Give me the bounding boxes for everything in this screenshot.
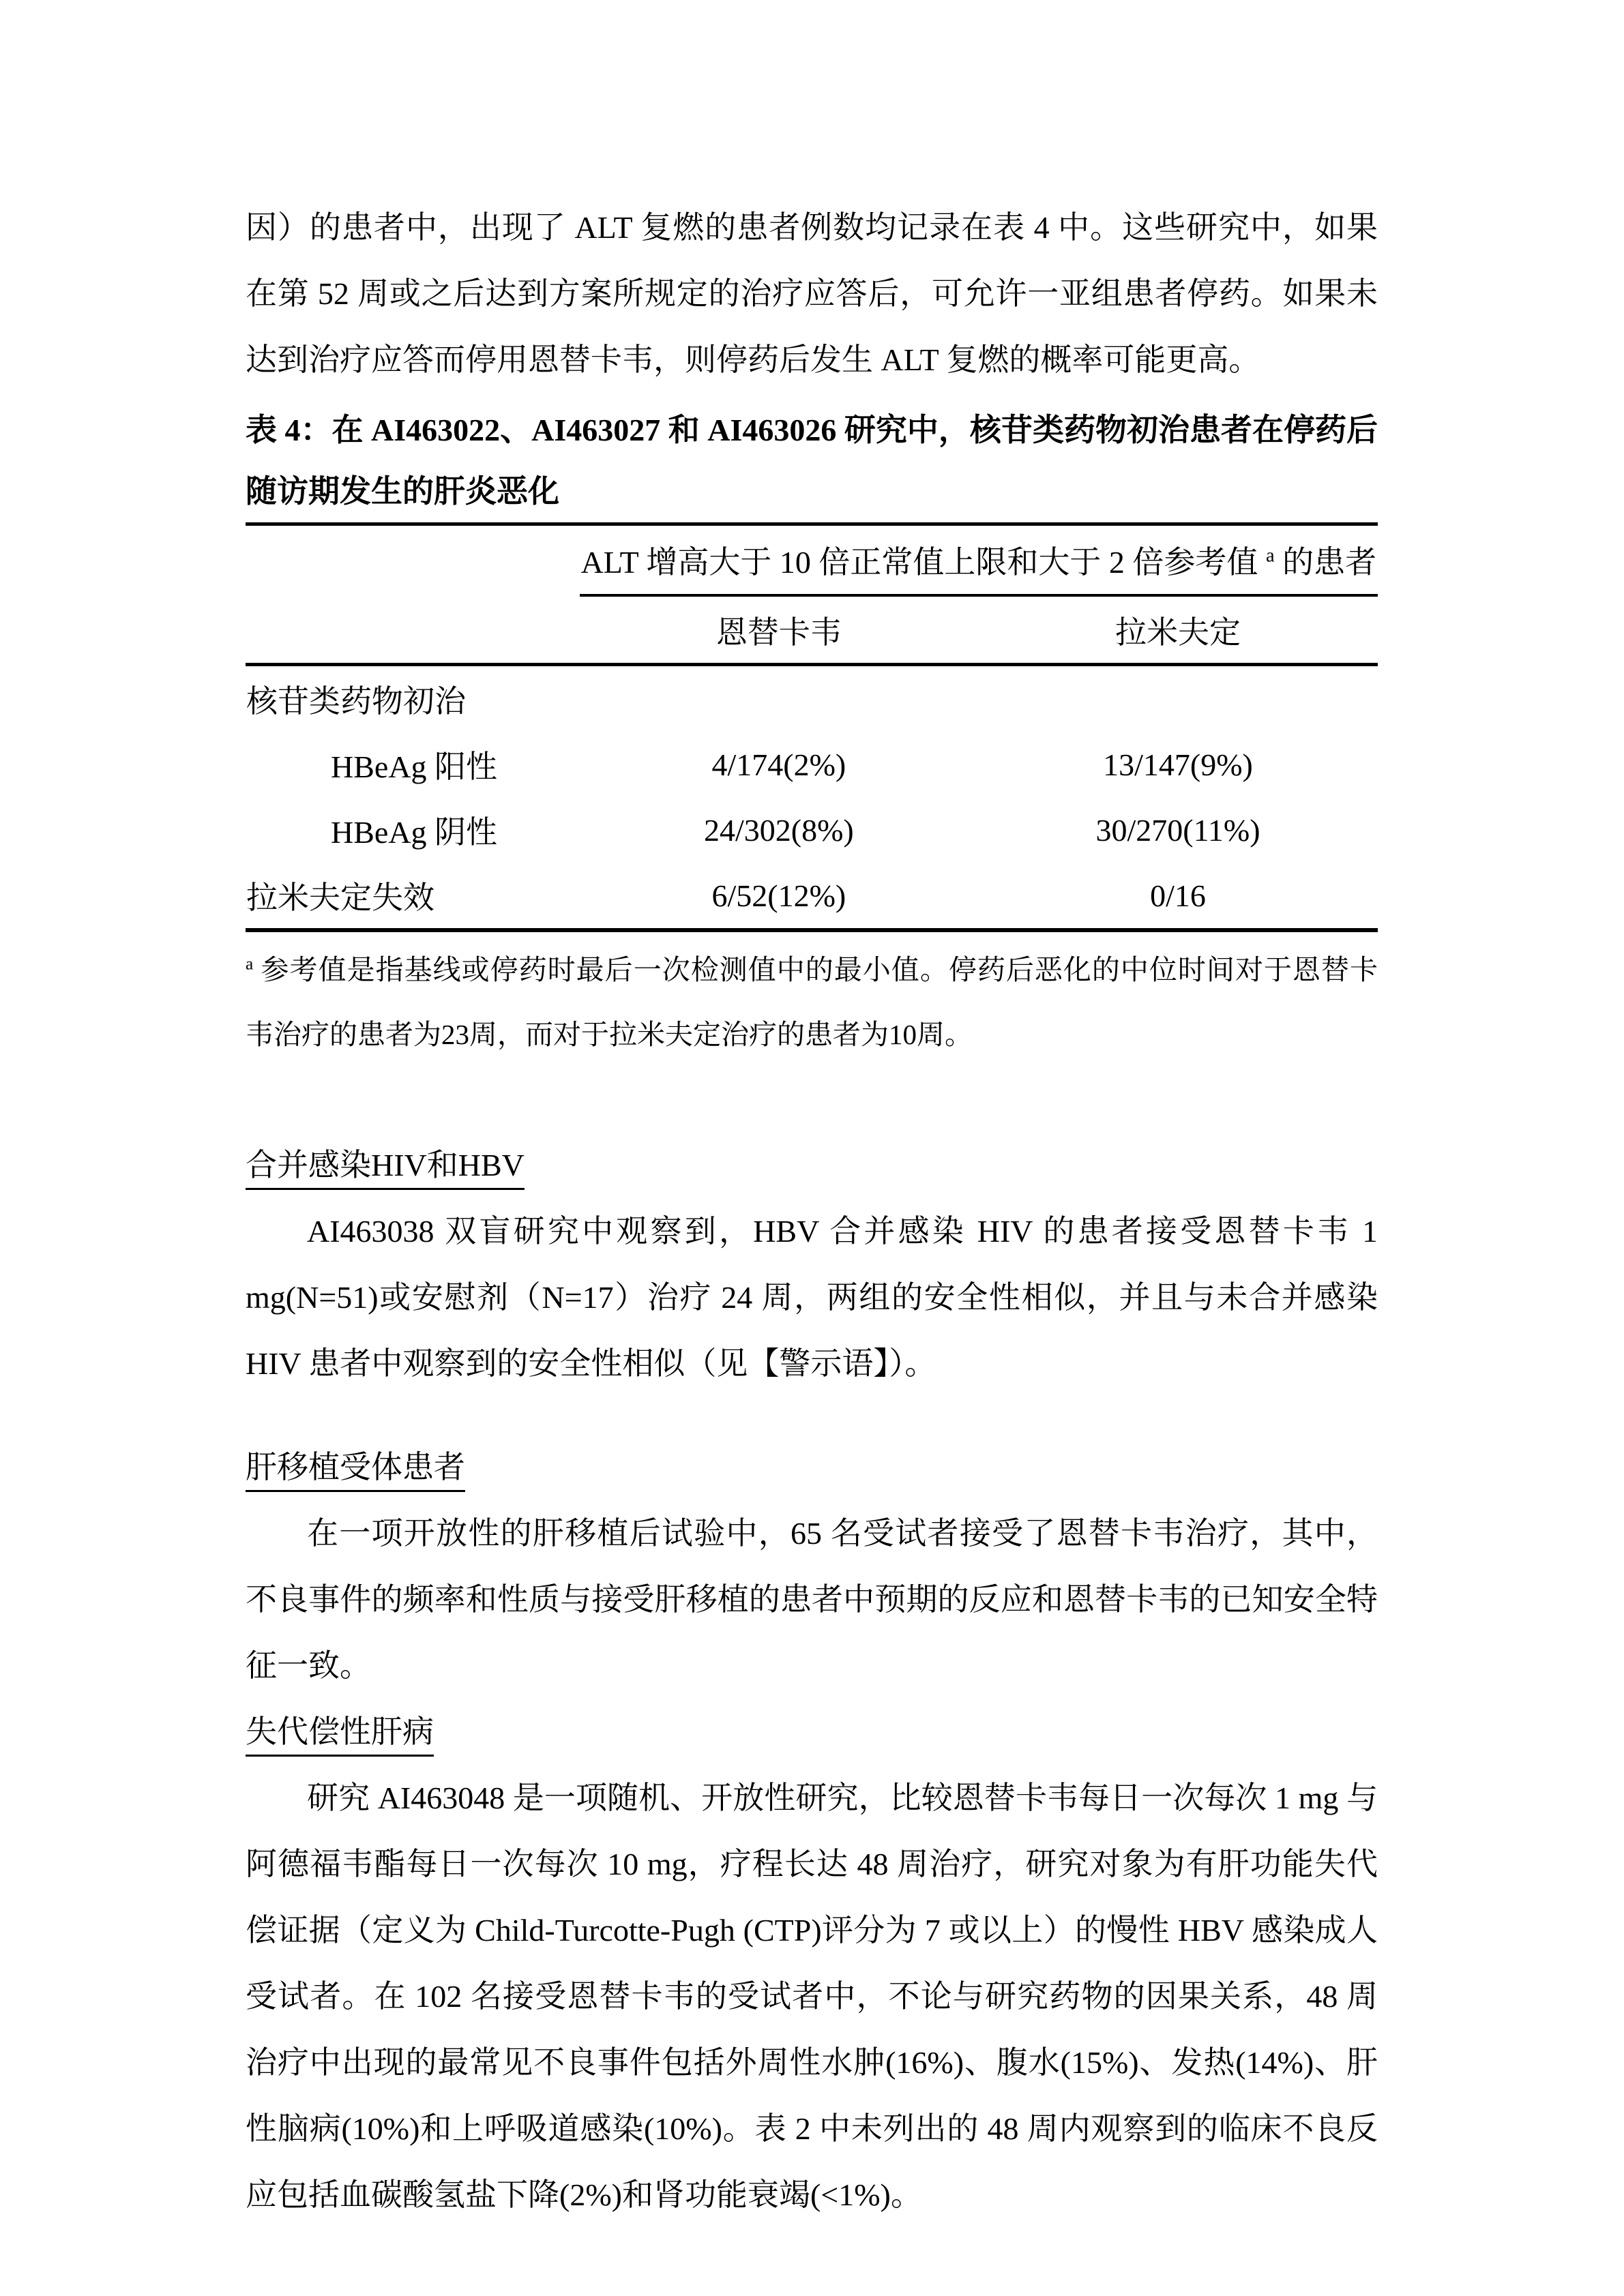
table4-title: 表 4：在 AI463022、AI463027 和 AI463026 研究中，核… — [246, 400, 1378, 522]
section-heading-text: 失代偿性肝病 — [246, 1714, 434, 1757]
section-heading: 合并感染HIV和HBV — [246, 1132, 1378, 1198]
group-header-text-post: 的患者 — [1275, 545, 1377, 580]
paragraph-alt-flare-continuation: 因）的患者中，出现了 ALT 复燃的患者例数均记录在表 4 中。这些研究中，如果… — [246, 194, 1378, 393]
table-row-hbeag-negative: HBeAg 阴性 24/302(8%) 30/270(11%) — [246, 797, 1378, 863]
table4-group-header: ALT 增高大于 10 倍正常值上限和大于 2 倍参考值 a 的患者 — [580, 524, 1378, 596]
group-header-text-pre: ALT 增高大于 10 倍正常值上限和大于 2 倍参考值 — [581, 545, 1266, 580]
table-row-nucleoside-naive: 核苷类药物初治 — [246, 665, 1378, 732]
table4: ALT 增高大于 10 倍正常值上限和大于 2 倍参考值 a 的患者 恩替卡韦 … — [246, 522, 1378, 932]
cell-lamivudine: 30/270(11%) — [978, 797, 1378, 863]
cell-entecavir — [580, 665, 978, 732]
document-page: 因）的患者中，出现了 ALT 复燃的患者例数均记录在表 4 中。这些研究中，如果… — [0, 0, 1624, 2296]
section-liver-transplant: 肝移植受体患者 在一项开放性的肝移植后试验中，65 名受试者接受了恩替卡韦治疗，… — [246, 1434, 1378, 1699]
section-heading-text: 合并感染HIV和HBV — [246, 1148, 525, 1190]
row-label: HBeAg 阳性 — [246, 732, 580, 797]
column-header-lamivudine: 拉米夫定 — [978, 595, 1378, 665]
row-label: HBeAg 阴性 — [246, 797, 580, 863]
row-label: 拉米夫定失效 — [246, 863, 580, 930]
footnote-marker-a: a — [246, 954, 253, 973]
table4-footnote: a 参考值是指基线或停药时最后一次检测值中的最小值。停药后恶化的中位时间对于恩替… — [246, 938, 1378, 1067]
column-header-entecavir: 恩替卡韦 — [580, 595, 978, 665]
table4-group-header-row: ALT 增高大于 10 倍正常值上限和大于 2 倍参考值 a 的患者 — [246, 524, 1378, 596]
row-label: 核苷类药物初治 — [246, 665, 580, 732]
footnote-marker-a: a — [1266, 546, 1275, 567]
table-row-hbeag-positive: HBeAg 阳性 4/174(2%) 13/147(9%) — [246, 732, 1378, 797]
cell-lamivudine: 0/16 — [978, 863, 1378, 930]
footnote-text: 参考值是指基线或停药时最后一次检测值中的最小值。停药后恶化的中位时间对于恩替卡韦… — [246, 954, 1378, 1050]
cell-entecavir: 6/52(12%) — [580, 863, 978, 930]
section-hiv-hbv-coinfection: 合并感染HIV和HBV AI463038 双盲研究中观察到，HBV 合并感染 H… — [246, 1132, 1378, 1397]
table-row-lamivudine-refractory: 拉米夫定失效 6/52(12%) 0/16 — [246, 863, 1378, 930]
section-paragraph: 在一项开放性的肝移植后试验中，65 名受试者接受了恩替卡韦治疗，其中，不良事件的… — [246, 1500, 1378, 1699]
cell-lamivudine: 13/147(9%) — [978, 732, 1378, 797]
table4-stub-cell-2 — [246, 595, 580, 665]
cell-entecavir: 24/302(8%) — [580, 797, 978, 863]
table4-column-header-row: 恩替卡韦 拉米夫定 — [246, 595, 1378, 665]
cell-entecavir: 4/174(2%) — [580, 732, 978, 797]
section-heading: 肝移植受体患者 — [246, 1434, 1378, 1500]
section-heading: 失代偿性肝病 — [246, 1699, 1378, 1765]
section-decompensated-liver-disease: 失代偿性肝病 研究 AI463048 是一项随机、开放性研究，比较恩替卡韦每日一… — [246, 1699, 1378, 2228]
section-heading-text: 肝移植受体患者 — [246, 1450, 465, 1492]
section-paragraph: AI463038 双盲研究中观察到，HBV 合并感染 HIV 的患者接受恩替卡韦… — [246, 1198, 1378, 1397]
cell-lamivudine — [978, 665, 1378, 732]
section-paragraph: 研究 AI463048 是一项随机、开放性研究，比较恩替卡韦每日一次每次 1 m… — [246, 1765, 1378, 2228]
table4-stub-cell — [246, 524, 580, 596]
